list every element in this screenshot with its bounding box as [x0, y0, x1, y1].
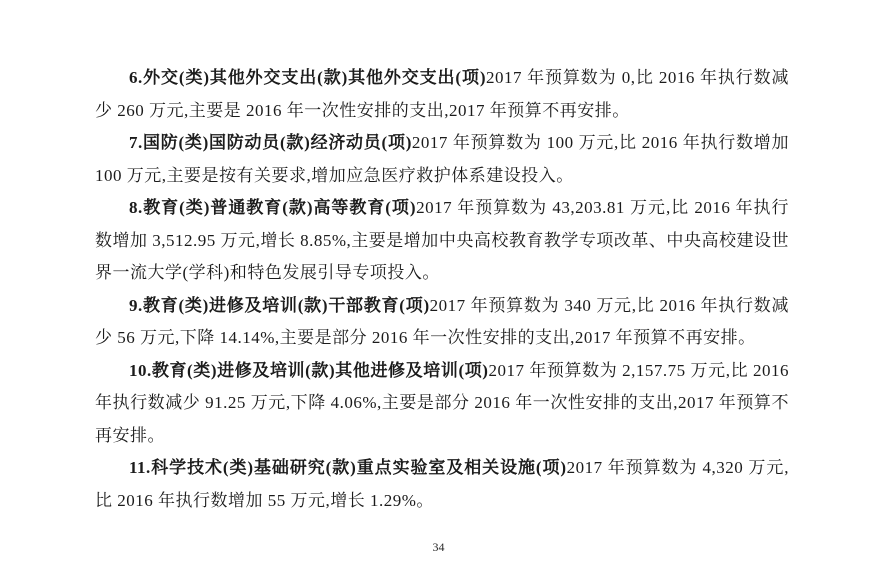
budget-item-heading: 7.国防(类)国防动员(款)经济动员(项)	[129, 133, 412, 152]
budget-item-paragraph: 8.教育(类)普通教育(款)高等教育(项)2017 年预算数为 43,203.8…	[95, 192, 789, 290]
budget-item-paragraph: 7.国防(类)国防动员(款)经济动员(项)2017 年预算数为 100 万元,比…	[95, 127, 789, 192]
budget-item-paragraph: 11.科学技术(类)基础研究(款)重点实验室及相关设施(项)2017 年预算数为…	[95, 452, 789, 517]
document-body: 6.外交(类)其他外交支出(款)其他外交支出(项)2017 年预算数为 0,比 …	[95, 62, 789, 517]
budget-item-heading: 8.教育(类)普通教育(款)高等教育(项)	[129, 198, 416, 217]
document-page: 6.外交(类)其他外交支出(款)其他外交支出(项)2017 年预算数为 0,比 …	[0, 0, 877, 584]
budget-item-heading: 6.外交(类)其他外交支出(款)其他外交支出(项)	[129, 68, 486, 87]
page-number: 34	[0, 540, 877, 555]
budget-item-heading: 9.教育(类)进修及培训(款)干部教育(项)	[129, 296, 430, 315]
budget-item-paragraph: 10.教育(类)进修及培训(款)其他进修及培训(项)2017 年预算数为 2,1…	[95, 355, 789, 453]
budget-item-paragraph: 9.教育(类)进修及培训(款)干部教育(项)2017 年预算数为 340 万元,…	[95, 290, 789, 355]
budget-item-heading: 10.教育(类)进修及培训(款)其他进修及培训(项)	[129, 361, 488, 380]
budget-item-paragraph: 6.外交(类)其他外交支出(款)其他外交支出(项)2017 年预算数为 0,比 …	[95, 62, 789, 127]
budget-item-heading: 11.科学技术(类)基础研究(款)重点实验室及相关设施(项)	[129, 458, 567, 477]
